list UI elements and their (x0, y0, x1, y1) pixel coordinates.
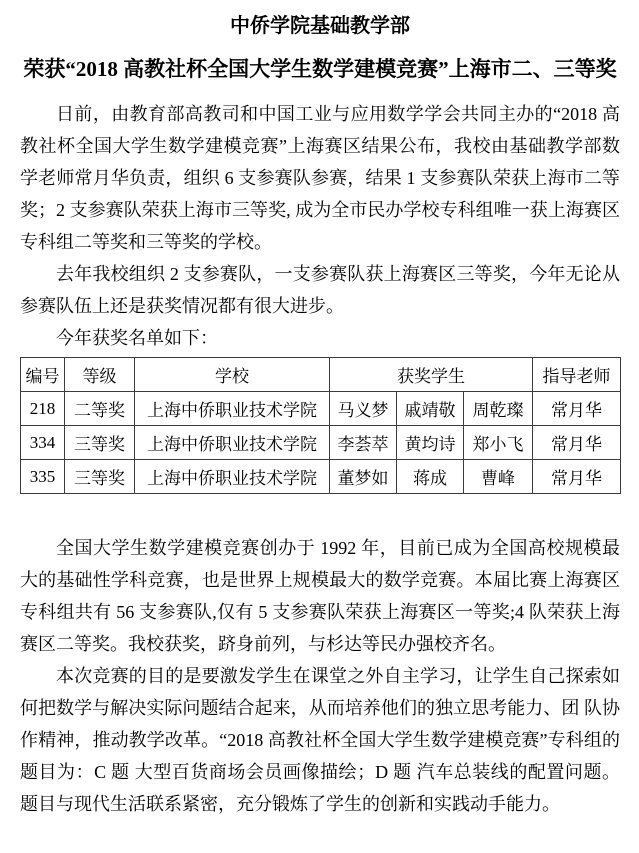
paragraph-competition-purpose: 本次竞赛的目的是要激发学生在课堂之外自主学习，让学生自己探索如何把数学与解决实际… (20, 660, 620, 820)
paragraph-announcement: 日前，由教育部高教司和中国工业与应用数学学会共同主办的“2018 高教社杯全国大… (20, 98, 620, 258)
cell-code: 218 (21, 392, 65, 426)
table-row: 218 二等奖 上海中侨职业技术学院 马义梦 戚靖敬 周乾璨 常月华 (21, 392, 621, 426)
header-code: 编号 (21, 358, 65, 392)
cell-student: 曹峰 (464, 460, 533, 494)
cell-student: 黄均诗 (397, 426, 464, 460)
cell-school: 上海中侨职业技术学院 (135, 392, 330, 426)
header-school: 学校 (135, 358, 330, 392)
document-page: 中侨学院基础教学部 荣获“2018 高教社杯全国大学生数学建模竞赛”上海市二、三… (0, 0, 639, 853)
cell-student: 马义梦 (330, 392, 397, 426)
cell-student: 郑小飞 (464, 426, 533, 460)
cell-award: 二等奖 (65, 392, 135, 426)
table-header-row: 编号 等级 学校 获奖学生 指导老师 (21, 358, 621, 392)
cell-school: 上海中侨职业技术学院 (135, 426, 330, 460)
cell-school: 上海中侨职业技术学院 (135, 460, 330, 494)
cell-code: 335 (21, 460, 65, 494)
paragraph-competition-history: 全国大学生数学建模竞赛创办于 1992 年，目前已成为全国高校规模最大的基础性学… (20, 532, 620, 660)
awards-table: 编号 等级 学校 获奖学生 指导老师 218 二等奖 上海中侨职业技术学院 马义… (20, 357, 621, 494)
cell-student: 董梦如 (330, 460, 397, 494)
cell-student: 蒋成 (397, 460, 464, 494)
header-teacher: 指导老师 (533, 358, 621, 392)
header-students: 获奖学生 (330, 358, 533, 392)
page-subtitle: 荣获“2018 高教社杯全国大学生数学建模竞赛”上海市二、三等奖 (20, 55, 620, 83)
cell-code: 334 (21, 426, 65, 460)
header-award: 等级 (65, 358, 135, 392)
cell-teacher: 常月华 (533, 392, 621, 426)
cell-award: 三等奖 (65, 426, 135, 460)
table-caption: 今年获奖名单如下： (20, 322, 620, 354)
cell-student: 李荟萃 (330, 426, 397, 460)
cell-teacher: 常月华 (533, 460, 621, 494)
paragraph-last-year: 去年我校组织 2 支参赛队，一支参赛队获上海赛区三等奖，今年无论从参赛队伍上还是… (20, 258, 620, 322)
table-row: 335 三等奖 上海中侨职业技术学院 董梦如 蒋成 曹峰 常月华 (21, 460, 621, 494)
table-row: 334 三等奖 上海中侨职业技术学院 李荟萃 黄均诗 郑小飞 常月华 (21, 426, 621, 460)
cell-student: 周乾璨 (464, 392, 533, 426)
cell-award: 三等奖 (65, 460, 135, 494)
page-title: 中侨学院基础教学部 (20, 13, 620, 40)
cell-teacher: 常月华 (533, 426, 621, 460)
cell-student: 戚靖敬 (397, 392, 464, 426)
